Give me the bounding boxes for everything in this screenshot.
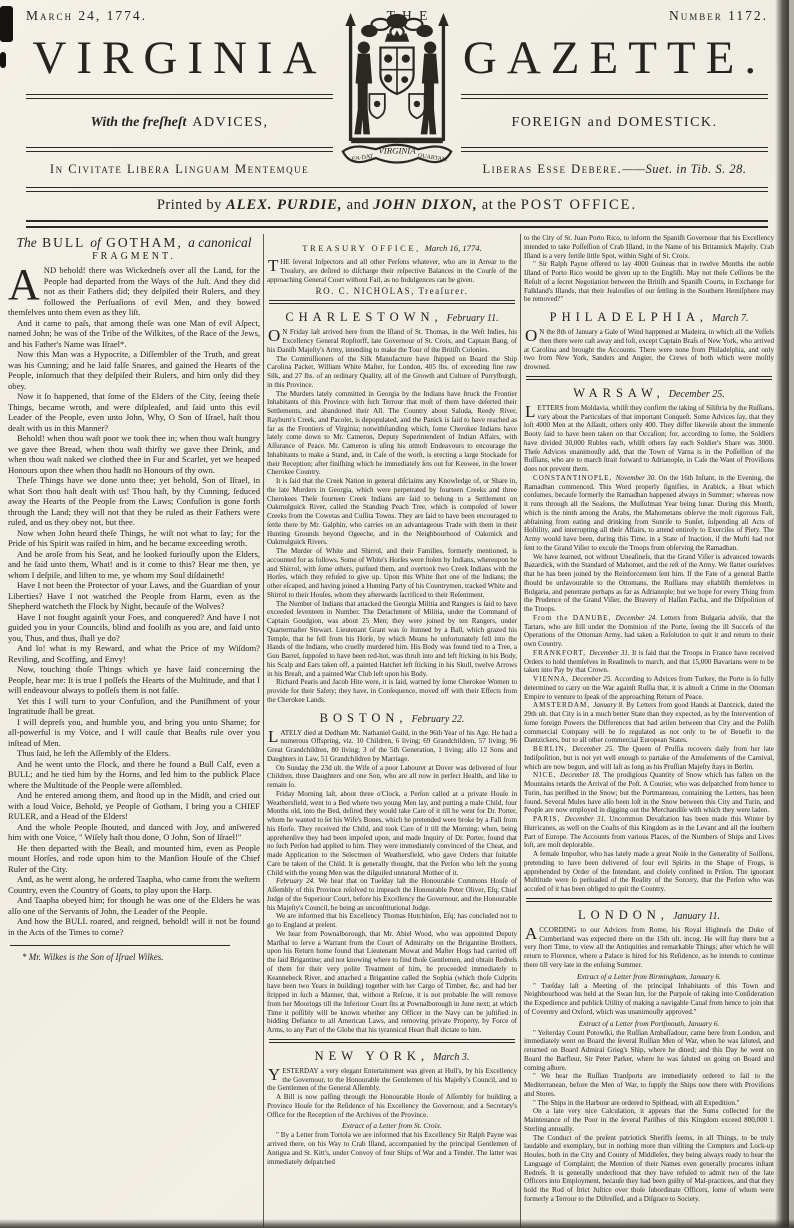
article-paragraph: Now this Man was a Hypocrite, a Diſſembl… [8, 349, 260, 391]
run-in-dateline-date: December 25. [572, 675, 614, 683]
signature-line: RO. C. NICHOLAS, Treaſurer. [267, 286, 517, 296]
article-paragraph: VIENNA, December 25. According to Advice… [524, 675, 774, 701]
article-paragraph: " The Ships in the Harbour are ordered t… [524, 1099, 774, 1108]
article-paragraph: " Tueſday laſt a Meeting of the principa… [524, 982, 774, 1017]
article-paragraph: He then departed with the Beaſt, and mou… [8, 843, 260, 875]
article-paragraph: AMSTERDAM, January 8. By Letters from go… [524, 701, 774, 745]
run-in-dateline-city: FRANKFORT, [533, 649, 589, 657]
article-paragraph: Friday Morning laſt, about three o'Clock… [267, 790, 517, 878]
column-left: The BULL of GOTHAM, a canonicalFRAGMENT.… [8, 234, 260, 1228]
article-paragraph: Have I not been the Protector of your La… [8, 580, 260, 612]
dateline-date: February 22. [412, 714, 465, 725]
article-paragraph: Yet this I will turn to your Confuſion, … [8, 696, 260, 717]
issue-number: Number 1172. [669, 8, 768, 24]
article-paragraph: And he aroſe from his Seat, and he looke… [8, 549, 260, 581]
article-paragraph: From the DANUBE, December 24. Letters fr… [524, 614, 774, 649]
dateline: LONDON,January 11. [524, 906, 774, 924]
run-in-dateline-date: December 24. [616, 614, 661, 622]
article-paragraph: Now when John heard theſe Things, he wiſ… [8, 528, 260, 549]
article-subtitle: FRAGMENT. [8, 251, 260, 262]
column-middle: TREASURY OFFICE,March 16, 1774.THE ſever… [267, 234, 517, 1228]
masthead-main: VIRGINIA With the freſheſt ADVICES, In C… [26, 26, 768, 184]
run-in-dateline-city: NICE, [533, 771, 560, 779]
run-in-dateline-city: BERLIN, [533, 745, 572, 753]
article-paragraph: Thus ſaid, he left the Aſſembly of the E… [8, 748, 260, 759]
article-paragraph: ON the 8th of January a Gale of Wind hap… [524, 328, 774, 372]
dateline-city: NEW YORK, [315, 1049, 429, 1063]
dateline: NEW YORK,March 3. [267, 1047, 517, 1065]
imprint-post-office: POST OFFICE. [521, 197, 637, 213]
article-paragraph: " Sir Ralph Payne offered to lay 4000 Gu… [524, 260, 774, 304]
double-rule [461, 94, 768, 99]
dateline: WARSAW,December 25. [524, 384, 774, 402]
drop-cap: L [267, 729, 280, 744]
article-paragraph: Behold! when thou waſt poor we took thee… [8, 433, 260, 475]
article-paragraph: And he entered among them, and ſtood up … [8, 790, 260, 822]
drop-cap: A [8, 265, 44, 302]
title-segment: BULL [37, 235, 91, 250]
article-paragraph: ACCORDING to our Advices from Rome, his … [524, 926, 774, 970]
printer-name-dixon: JOHN DIXON, [373, 197, 477, 213]
motto-right-smallcaps: Liberas Esse Debere. [483, 162, 623, 177]
title-segment: The [16, 235, 36, 250]
title-segment: a canonical [188, 235, 251, 250]
dateline-date: March 16, 1774. [425, 243, 482, 253]
dateline-city: WARSAW, [573, 386, 665, 400]
crest-banner-text: VIRGINIA [378, 146, 416, 156]
scan-artifact-blob [0, 6, 13, 42]
article-paragraph: The Murder of White and Shirrol, and the… [267, 547, 517, 600]
title-segment: of [90, 235, 101, 250]
article-paragraph: A Bill is now paſſing through the Honour… [267, 1093, 517, 1119]
article-paragraph: And how the BULL roared, and reigned, be… [8, 916, 260, 937]
article-paragraph: THE ſeveral Inſpectors and all other Per… [267, 258, 517, 284]
run-in-dateline-date: December 31. [589, 649, 632, 657]
page-bottom-shadow [0, 1219, 794, 1228]
article-paragraph: We hear from Pownalborough, that Mr. Abi… [267, 930, 517, 1035]
latin-motto-left: In Civitate Libera Linguam Mentemque [26, 154, 333, 184]
article-paragraph: And he went unto the Flock, and there he… [8, 759, 260, 791]
motto-right-citation: ——Suet. in Tib. S. 28. [622, 162, 746, 177]
article-paragraph: It is ſaid that the Creek Nation in gene… [267, 477, 517, 547]
run-in-dateline-city: PARIS, [533, 815, 565, 823]
imprint-prefix: Printed by [157, 197, 222, 213]
article-paragraph: February 24. We hear that on Tueſday laſ… [267, 877, 517, 912]
article-title-line: The BULL of GOTHAM, a canonical [8, 235, 260, 251]
article-paragraph: AND behold! there was Wickedneſs over al… [8, 265, 260, 318]
article-paragraph: Have I not fought againſt your Foes, and… [8, 612, 260, 644]
run-in-dateline-city: From the DANUBE, [533, 614, 616, 622]
run-in-dateline-date: January 8. [593, 701, 626, 709]
article-paragraph: " By a Letter from Tortola we are inform… [267, 1131, 517, 1166]
extract-heading: Extract of a Letter from Birmingham, Jan… [524, 972, 774, 981]
imprint-line: Printed by ALEX. PURDIE, and JOHN DIXON,… [0, 192, 794, 217]
dateline-date: January 11. [673, 911, 720, 922]
run-in-dateline-date: December 25. [572, 745, 618, 753]
section-rule [526, 376, 772, 380]
footnote-rule [10, 945, 230, 946]
run-in-dateline-city: CONSTANTINOPLE, [533, 474, 616, 482]
double-rule [26, 94, 333, 99]
dateline-city: CHARLESTOWN, [285, 310, 442, 324]
masthead-right-block: GAZETTE. FOREIGN and DOMESTICK. Liberas … [461, 26, 768, 184]
article-paragraph: " We hear the Ruſſian Tranſports are imm… [524, 1072, 774, 1098]
advices-prefix: With the freſheſt [90, 115, 186, 131]
dateline: BOSTON,February 22. [267, 709, 517, 727]
dateline: TREASURY OFFICE,March 16, 1774. [267, 238, 517, 256]
article-paragraph: LETTERS from Moldavia, whilſt they confi… [524, 404, 774, 474]
article-paragraph: And Taapha obeyed him; for though he was… [8, 895, 260, 916]
imprint-and: and [347, 197, 369, 213]
article-paragraph: Now it ſo happened, that ſome of the Eld… [8, 391, 260, 433]
article-paragraph: The Murders lately committed in Georgia … [267, 390, 517, 478]
page-edge-shadow [775, 0, 789, 1228]
section-rule [269, 300, 515, 304]
dateline-date: February 11. [447, 313, 499, 324]
newspaper-page: March 24, 1774. T H E Number 1172. VIRGI… [0, 0, 794, 1228]
run-in-dateline-date: February 24. [276, 877, 318, 885]
run-in-dateline-date: December 31. [565, 815, 610, 823]
drop-cap: O [524, 328, 539, 343]
virginia-coat-of-arms-icon: VIRGINIA EN·DAT QUARTAM [333, 26, 461, 184]
article-paragraph: PARIS, December 31. Uncommon Devaſtation… [524, 815, 774, 850]
article-paragraph: " Yeſterday Count Potowſki, the Ruſſian … [524, 1029, 774, 1073]
article-paragraph: I will depreſs you, and humble you, and … [8, 717, 260, 749]
masthead-left-block: VIRGINIA With the freſheſt ADVICES, In C… [26, 26, 333, 184]
imprint-at-the: at the [482, 197, 517, 213]
double-rule [26, 147, 333, 152]
article-title: The BULL of GOTHAM, a canonicalFRAGMENT. [8, 235, 260, 262]
section-rule [269, 1039, 515, 1043]
article-paragraph: ON Friday laſt arrived here from the Iſl… [267, 328, 517, 354]
newspaper-title-left: VIRGINIA [26, 26, 333, 92]
scan-artifact-blob [0, 52, 6, 68]
advices-word: ADVICES, [192, 115, 268, 131]
header-rule-bottom [26, 220, 768, 228]
run-in-dateline-city: VIENNA, [533, 675, 572, 683]
section-rule [526, 898, 772, 902]
dateline-city: PHILADELPHIA, [550, 310, 708, 324]
issue-date: March 24, 1774. [26, 8, 147, 24]
foreign-domestick-text: FOREIGN and DOMESTICK. [511, 115, 717, 131]
advices-line: With the freſheſt ADVICES, [26, 101, 333, 145]
article-paragraph: CONSTANTINOPLE, November 30. On the 16th… [524, 474, 774, 553]
article-paragraph: to the City of St. Juan Porto Rico, to i… [524, 234, 774, 260]
article-paragraph: YESTERDAY a very elegant Entertainment w… [267, 1067, 517, 1093]
article-paragraph: We have learned, not without Uneaſineſs,… [524, 553, 774, 614]
dateline-date: March 7. [712, 313, 748, 324]
newspaper-title-right: GAZETTE. [461, 26, 768, 92]
columns-container: The BULL of GOTHAM, a canonicalFRAGMENT.… [0, 228, 794, 1228]
dateline-city: TREASURY OFFICE, [302, 243, 420, 253]
article-paragraph: We are informed that his Excellency Thom… [267, 912, 517, 930]
printer-name-purdie: ALEX. PURDIE, [226, 197, 343, 213]
article-paragraph: The Commiſſioners of the Silk Manufactur… [267, 355, 517, 390]
drop-cap: A [524, 926, 539, 941]
dateline-date: December 25. [669, 389, 725, 400]
drop-cap: T [267, 258, 280, 273]
article-paragraph: NICE, December 18. The prodigious Quanti… [524, 771, 774, 815]
dateline-city: LONDON, [578, 908, 669, 922]
article-paragraph: Richard Pearis and Jacob Hite were, it i… [267, 678, 517, 704]
extract-heading: Extract of a Letter from Portſmouth, Jan… [524, 1019, 774, 1028]
article-paragraph: LATELY died at Dedham Mr. Nathaniel Guil… [267, 729, 517, 764]
dateline: CHARLESTOWN,February 11. [267, 308, 517, 326]
article-paragraph: On Sunday the 23d ult. the Wife of a poo… [267, 764, 517, 790]
footnote: * Mr. Wilkes is the Son of Iſrael Wilkes… [8, 952, 260, 962]
article-paragraph: The Number of Indians that attacked the … [267, 600, 517, 679]
article-paragraph: Theſe Things have we done unto thee; yet… [8, 475, 260, 528]
column-right: to the City of St. Juan Porto Rico, to i… [524, 234, 774, 1228]
run-in-dateline-date: December 18. [560, 771, 603, 779]
article-paragraph: And it came to paſs, that among theſe wa… [8, 318, 260, 350]
article-paragraph: And, as he went along, he ordered Taapha… [8, 874, 260, 895]
drop-cap: Y [267, 1067, 282, 1082]
article-paragraph: Now, touching thoſe Things which ye have… [8, 664, 260, 696]
article-paragraph: A female Impoſtor, who has lately made a… [524, 850, 774, 894]
dateline-date: March 3. [433, 1052, 469, 1063]
article-paragraph: FRANKFORT, December 31. It is ſaid that … [524, 649, 774, 675]
latin-motto-right: Liberas Esse Debere. ——Suet. in Tib. S. … [461, 154, 768, 184]
title-segment: GOTHAM, [101, 235, 188, 250]
article-paragraph: The Conduct of the preſent patriotick Sh… [524, 1134, 774, 1204]
drop-cap: O [267, 328, 282, 343]
article-paragraph: And lo! what is my Reward, and what the … [8, 643, 260, 664]
dateline: PHILADELPHIA,March 7. [524, 308, 774, 326]
double-rule [461, 147, 768, 152]
column-divider [263, 234, 264, 1228]
masthead: March 24, 1774. T H E Number 1172. VIRGI… [0, 0, 794, 184]
extract-heading: Extract of a Letter from St. Croix. [267, 1121, 517, 1130]
run-in-dateline-date: November 30. [616, 474, 659, 482]
drop-cap: L [524, 404, 537, 419]
article-paragraph: On a late very nice Calculation, it appe… [524, 1107, 774, 1133]
page-edge [789, 0, 794, 1228]
column-divider [520, 234, 521, 1228]
article-paragraph: And the whole People ſhouted, and danced… [8, 822, 260, 843]
run-in-dateline-city: AMSTERDAM, [533, 701, 593, 709]
dateline-city: BOSTON, [320, 711, 408, 725]
article-paragraph: BERLIN, December 25. The Queen of Pruſſi… [524, 745, 774, 771]
foreign-domestick-line: FOREIGN and DOMESTICK. [461, 101, 768, 145]
